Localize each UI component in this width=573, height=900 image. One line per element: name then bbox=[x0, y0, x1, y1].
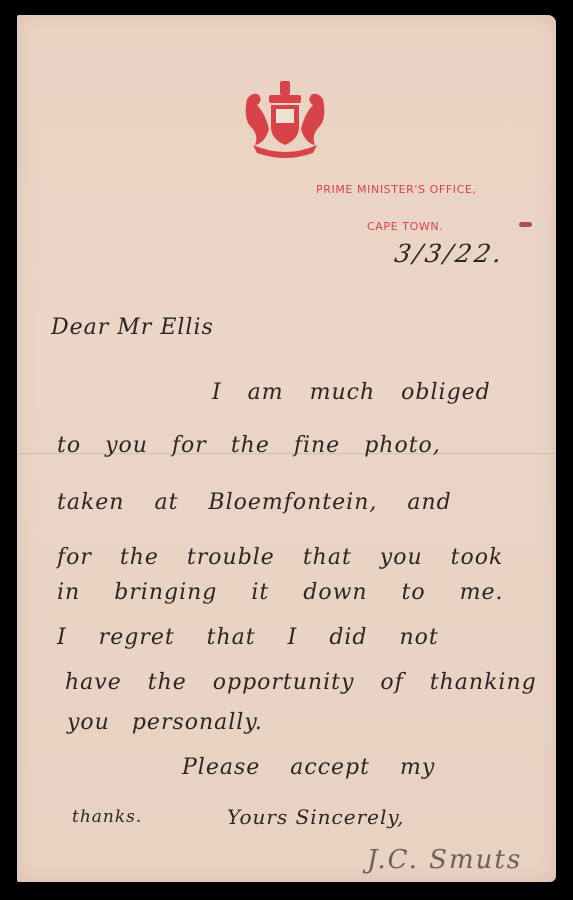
letterhead-office: PRIME MINISTER'S OFFICE, bbox=[316, 183, 516, 196]
ink-mark bbox=[519, 222, 532, 227]
salutation: Dear Mr Ellis bbox=[51, 315, 214, 340]
body-line: in bringing it down to me. bbox=[57, 580, 504, 605]
letter-date: 3/3/22. bbox=[392, 239, 507, 268]
body-line: I am much obliged bbox=[212, 380, 491, 405]
letter-paper: PRIME MINISTER'S OFFICE, CAPE TOWN. 3/3/… bbox=[17, 15, 556, 882]
body-line: you personally. bbox=[67, 710, 263, 735]
body-line: taken at Bloemfontein, and bbox=[57, 490, 452, 515]
body-line: have the opportunity of thanking bbox=[65, 670, 537, 695]
body-line: to you for the fine photo, bbox=[57, 433, 441, 458]
signature: J.C. Smuts bbox=[367, 845, 522, 875]
body-line: for the trouble that you took bbox=[57, 545, 503, 570]
letterhead-city: CAPE TOWN. bbox=[367, 220, 443, 233]
body-line: thanks. bbox=[72, 807, 142, 827]
coat-of-arms-icon bbox=[235, 79, 335, 161]
body-line: I regret that I did not bbox=[57, 625, 439, 650]
body-line: Please accept my bbox=[182, 755, 435, 780]
closing: Yours Sincerely, bbox=[227, 805, 404, 829]
